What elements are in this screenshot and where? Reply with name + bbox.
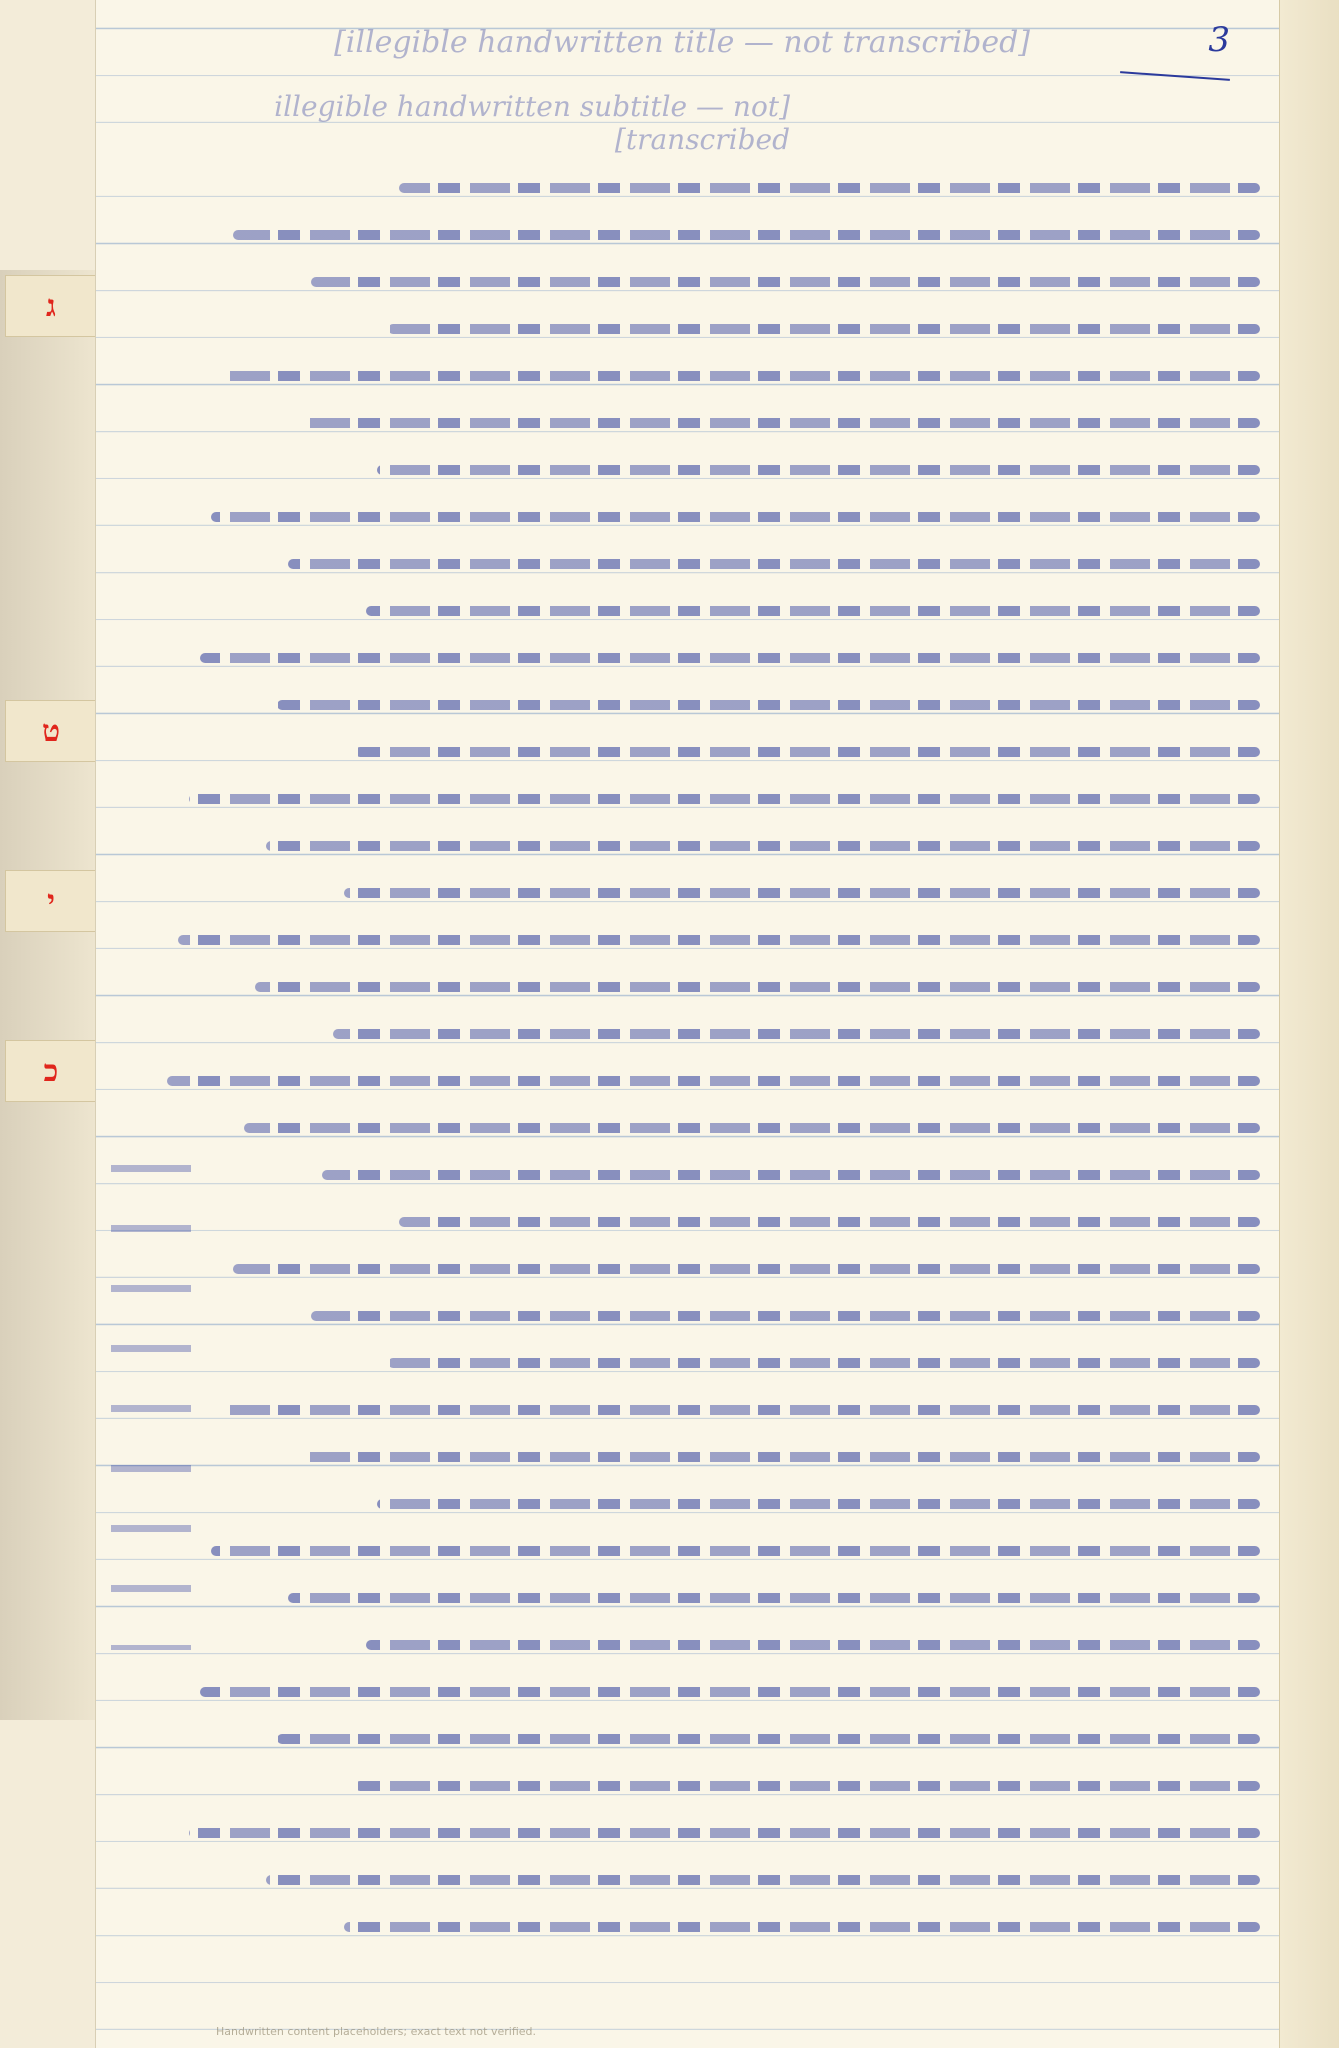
- handwritten-line: [156, 682, 1260, 728]
- index-tab-strip: [0, 270, 101, 1720]
- handwritten-line: [156, 1904, 1260, 1950]
- handwritten-line: [156, 1105, 1260, 1151]
- handwritten-line: [156, 1434, 1260, 1480]
- handwritten-line: [156, 1199, 1260, 1245]
- handwritten-line: [156, 1810, 1260, 1856]
- handwritten-line: [156, 400, 1260, 446]
- handwritten-line: [156, 1763, 1260, 1809]
- handwritten-line: [156, 1622, 1260, 1668]
- handwritten-line: [156, 917, 1260, 963]
- handwritten-body: [156, 165, 1260, 1951]
- handwritten-line: [156, 588, 1260, 634]
- handwritten-line: [156, 494, 1260, 540]
- handwritten-line: [156, 353, 1260, 399]
- handwritten-line: [156, 1058, 1260, 1104]
- handwritten-line: [156, 1575, 1260, 1621]
- index-tab-4: כ: [5, 1040, 97, 1102]
- handwritten-line: [156, 541, 1260, 587]
- handwritten-line: [156, 1011, 1260, 1057]
- handwritten-line: [156, 259, 1260, 305]
- handwritten-line: [156, 165, 1260, 211]
- handwritten-line: [156, 1716, 1260, 1762]
- handwritten-line: [156, 776, 1260, 822]
- handwritten-line: [156, 1152, 1260, 1198]
- handwritten-line: [156, 1857, 1260, 1903]
- handwritten-line: [156, 1293, 1260, 1339]
- handwritten-line: [156, 212, 1260, 258]
- page-title: [illegible handwritten title — not trans…: [334, 25, 1030, 60]
- notebook-page: 3 [illegible handwritten title — not tra…: [95, 0, 1339, 2048]
- index-tab-1: ג: [5, 275, 97, 337]
- handwritten-line: [156, 1669, 1260, 1715]
- handwritten-line: [156, 729, 1260, 775]
- page-subtitle: [illegible handwritten subtitle — not tr…: [180, 90, 790, 156]
- margin-notes: [111, 1130, 191, 1650]
- book-number-underline: [1120, 71, 1230, 81]
- handwritten-line: [156, 306, 1260, 352]
- book-number-label: 3: [1208, 20, 1230, 60]
- handwritten-line: [156, 1246, 1260, 1292]
- handwritten-line: [156, 447, 1260, 493]
- handwritten-line: [156, 1528, 1260, 1574]
- page-fold: [1279, 0, 1339, 2048]
- index-tab-2: ט: [5, 700, 97, 762]
- handwritten-line: [156, 1481, 1260, 1527]
- handwritten-line: [156, 1340, 1260, 1386]
- handwritten-line: [156, 964, 1260, 1010]
- transcription-note: Handwritten content placeholders; exact …: [216, 2025, 536, 2038]
- handwritten-line: [156, 1387, 1260, 1433]
- handwritten-line: [156, 635, 1260, 681]
- index-tab-3: י: [5, 870, 97, 932]
- handwritten-line: [156, 823, 1260, 869]
- handwritten-line: [156, 870, 1260, 916]
